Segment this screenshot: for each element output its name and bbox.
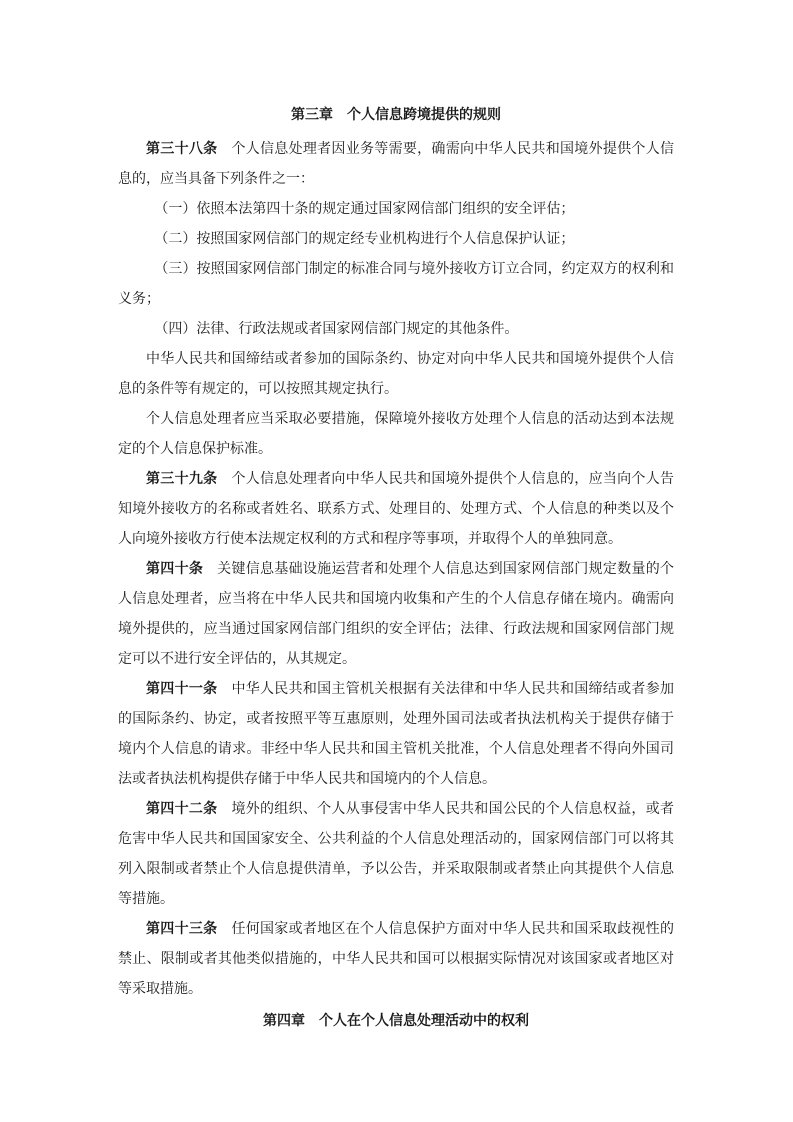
article-40: 第四十条关键信息基础设施运营者和处理个人信息达到国家网信部门规定数量的个人信息处… bbox=[118, 554, 674, 674]
chapter-number: 第四章 bbox=[263, 1013, 305, 1029]
article-41: 第四十一条中华人民共和国主管机关根据有关法律和中华人民共和国缔结或者参加的国际条… bbox=[118, 674, 674, 794]
article-label: 第三十八条 bbox=[146, 141, 217, 157]
article-38-para-3: 个人信息处理者应当采取必要措施，保障境外接收方处理个人信息的活动达到本法规定的个… bbox=[118, 404, 674, 464]
chapter-number: 第三章 bbox=[291, 107, 333, 123]
article-43: 第四十三条任何国家或者地区在个人信息保护方面对中华人民共和国采取歧视性的禁止、限… bbox=[118, 914, 674, 1004]
article-38-item-3: （三）按照国家网信部门制定的标准合同与境外接收方订立合同，约定双方的权利和义务； bbox=[118, 254, 674, 314]
article-38-item-4: （四）法律、行政法规或者国家网信部门规定的其他条件。 bbox=[118, 314, 674, 344]
article-label: 第四十三条 bbox=[146, 921, 217, 937]
article-label: 第四十条 bbox=[146, 561, 203, 577]
article-label: 第三十九条 bbox=[146, 471, 217, 487]
article-38-item-1: （一）依照本法第四十条的规定通过国家网信部门组织的安全评估； bbox=[118, 194, 674, 224]
article-42: 第四十二条境外的组织、个人从事侵害中华人民共和国公民的个人信息权益，或者危害中华… bbox=[118, 794, 674, 914]
article-38-intro: 第三十八条个人信息处理者因业务等需要，确需向中华人民共和国境外提供个人信息的，应… bbox=[118, 134, 674, 194]
chapter-title: 个人信息跨境提供的规则 bbox=[347, 107, 501, 123]
article-label: 第四十二条 bbox=[146, 801, 217, 817]
article-38-item-2: （二）按照国家网信部门的规定经专业机构进行个人信息保护认证； bbox=[118, 224, 674, 254]
chapter-heading-4: 第四章个人在个人信息处理活动中的权利 bbox=[118, 1004, 674, 1038]
chapter-title: 个人在个人信息处理活动中的权利 bbox=[319, 1013, 529, 1029]
document-page: 第三章个人信息跨境提供的规则 第三十八条个人信息处理者因业务等需要，确需向中华人… bbox=[118, 98, 674, 1038]
article-38-para-2: 中华人民共和国缔结或者参加的国际条约、协定对向中华人民共和国境外提供个人信息的条… bbox=[118, 344, 674, 404]
chapter-heading-3: 第三章个人信息跨境提供的规则 bbox=[118, 98, 674, 132]
article-label: 第四十一条 bbox=[146, 681, 217, 697]
article-39: 第三十九条个人信息处理者向中华人民共和国境外提供个人信息的，应当向个人告知境外接… bbox=[118, 464, 674, 554]
